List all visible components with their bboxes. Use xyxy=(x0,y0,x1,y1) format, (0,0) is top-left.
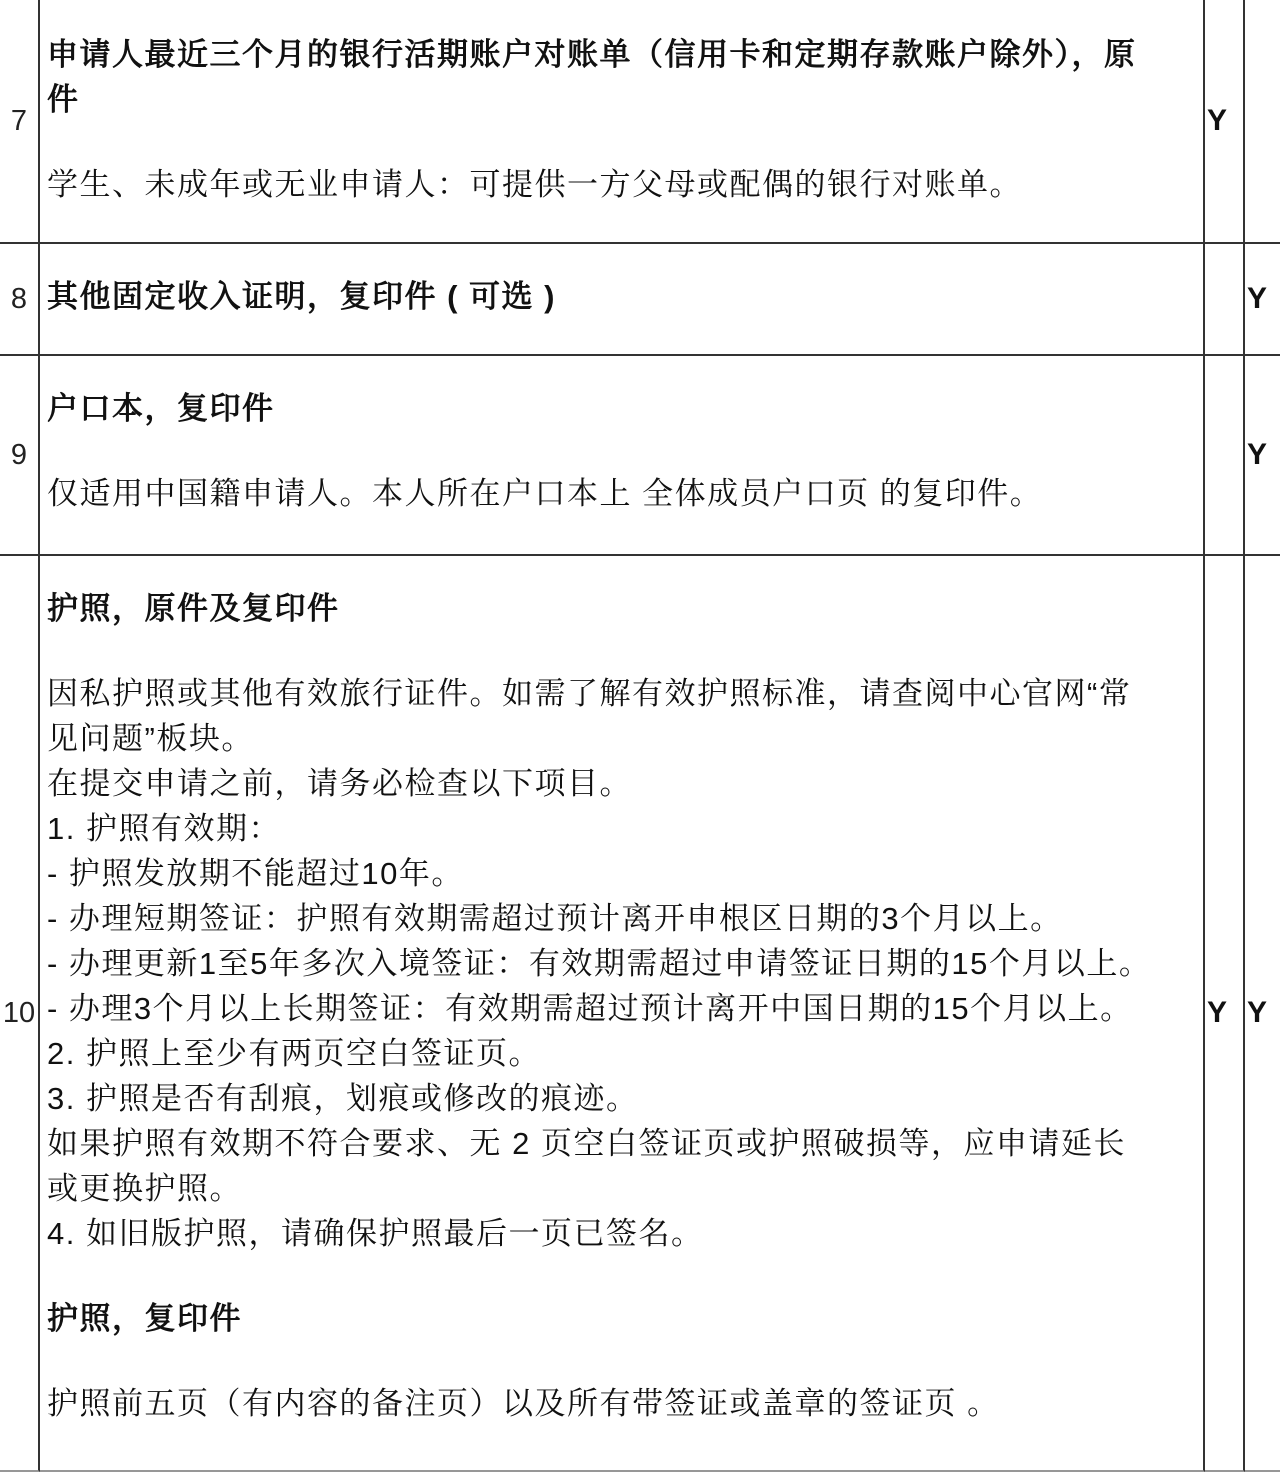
requirement-cell: 其他固定收入证明，复印件 ( 可选 ) xyxy=(40,244,1205,356)
requirement-line: 护照，复印件 xyxy=(47,1296,1197,1341)
table-row: 9 户口本，复印件仅适用中国籍申请人。本人所在户口本上 全体成员户口页 的复印件… xyxy=(0,356,1280,556)
requirement-line: - 办理更新1至5年多次入境签证：有效期需超过申请签证日期的15个月以上。 xyxy=(47,941,1197,986)
requirement-cell: 申请人最近三个月的银行活期账户对账单（信用卡和定期存款账户除外），原件学生、未成… xyxy=(40,0,1205,244)
required-flag-col1 xyxy=(1205,356,1245,556)
requirement-line: 其他固定收入证明，复印件 ( 可选 ) xyxy=(47,274,1197,319)
requirement-line: 护照前五页（有内容的备注页）以及所有带签证或盖章的签证页 。 xyxy=(47,1381,1197,1426)
requirement-line: 如果护照有效期不符合要求、无 2 页空白签证页或护照破损等，应申请延长 xyxy=(47,1121,1197,1166)
row-number: 9 xyxy=(0,356,40,556)
document-checklist-page: 7 申请人最近三个月的银行活期账户对账单（信用卡和定期存款账户除外），原件学生、… xyxy=(0,0,1280,1480)
row-number: 8 xyxy=(0,244,40,356)
required-flag-col2 xyxy=(1245,0,1280,244)
required-flag-col2: Y xyxy=(1245,356,1280,556)
row-number: 10 xyxy=(0,556,40,1472)
requirement-line: - 办理短期签证：护照有效期需超过预计离开申根区日期的3个月以上。 xyxy=(47,896,1197,941)
requirement-line: 护照，原件及复印件 xyxy=(47,586,1197,631)
table-row: 8 其他固定收入证明，复印件 ( 可选 ) Y xyxy=(0,244,1280,356)
requirement-line: 见问题”板块。 xyxy=(47,716,1197,761)
required-flag-col2: Y xyxy=(1245,244,1280,356)
requirement-line: - 办理3个月以上长期签证：有效期需超过预计离开中国日期的15个月以上。 xyxy=(47,986,1197,1031)
table-row: 10 护照，原件及复印件因私护照或其他有效旅行证件。如需了解有效护照标准，请查阅… xyxy=(0,556,1280,1472)
table-row: 7 申请人最近三个月的银行活期账户对账单（信用卡和定期存款账户除外），原件学生、… xyxy=(0,0,1280,244)
requirement-line: 学生、未成年或无业申请人：可提供一方父母或配偶的银行对账单。 xyxy=(47,162,1197,207)
requirement-line: 因私护照或其他有效旅行证件。如需了解有效护照标准，请查阅中心官网“常 xyxy=(47,671,1197,716)
requirement-line: 户口本，复印件 xyxy=(47,386,1197,431)
required-flag-col1 xyxy=(1205,244,1245,356)
required-flag-col1: Y xyxy=(1205,0,1245,244)
required-flag-col2: Y xyxy=(1245,556,1280,1472)
requirement-cell: 护照，原件及复印件因私护照或其他有效旅行证件。如需了解有效护照标准，请查阅中心官… xyxy=(40,556,1205,1472)
row-number: 7 xyxy=(0,0,40,244)
requirement-cell: 户口本，复印件仅适用中国籍申请人。本人所在户口本上 全体成员户口页 的复印件。 xyxy=(40,356,1205,556)
requirement-line: 或更换护照。 xyxy=(47,1166,1197,1211)
requirement-line: 2. 护照上至少有两页空白签证页。 xyxy=(47,1031,1197,1076)
requirement-line: 申请人最近三个月的银行活期账户对账单（信用卡和定期存款账户除外），原 xyxy=(47,32,1197,77)
requirement-line: - 护照发放期不能超过10年。 xyxy=(47,851,1197,896)
requirement-line: 件 xyxy=(47,77,1197,122)
requirement-line: 在提交申请之前，请务必检查以下项目。 xyxy=(47,761,1197,806)
required-flag-col1: Y xyxy=(1205,556,1245,1472)
requirement-line: 3. 护照是否有刮痕，划痕或修改的痕迹。 xyxy=(47,1076,1197,1121)
checklist-table: 7 申请人最近三个月的银行活期账户对账单（信用卡和定期存款账户除外），原件学生、… xyxy=(0,0,1280,1472)
requirement-line: 仅适用中国籍申请人。本人所在户口本上 全体成员户口页 的复印件。 xyxy=(47,471,1197,516)
requirement-line: 1. 护照有效期： xyxy=(47,806,1197,851)
requirement-line: 4. 如旧版护照，请确保护照最后一页已签名。 xyxy=(47,1211,1197,1256)
